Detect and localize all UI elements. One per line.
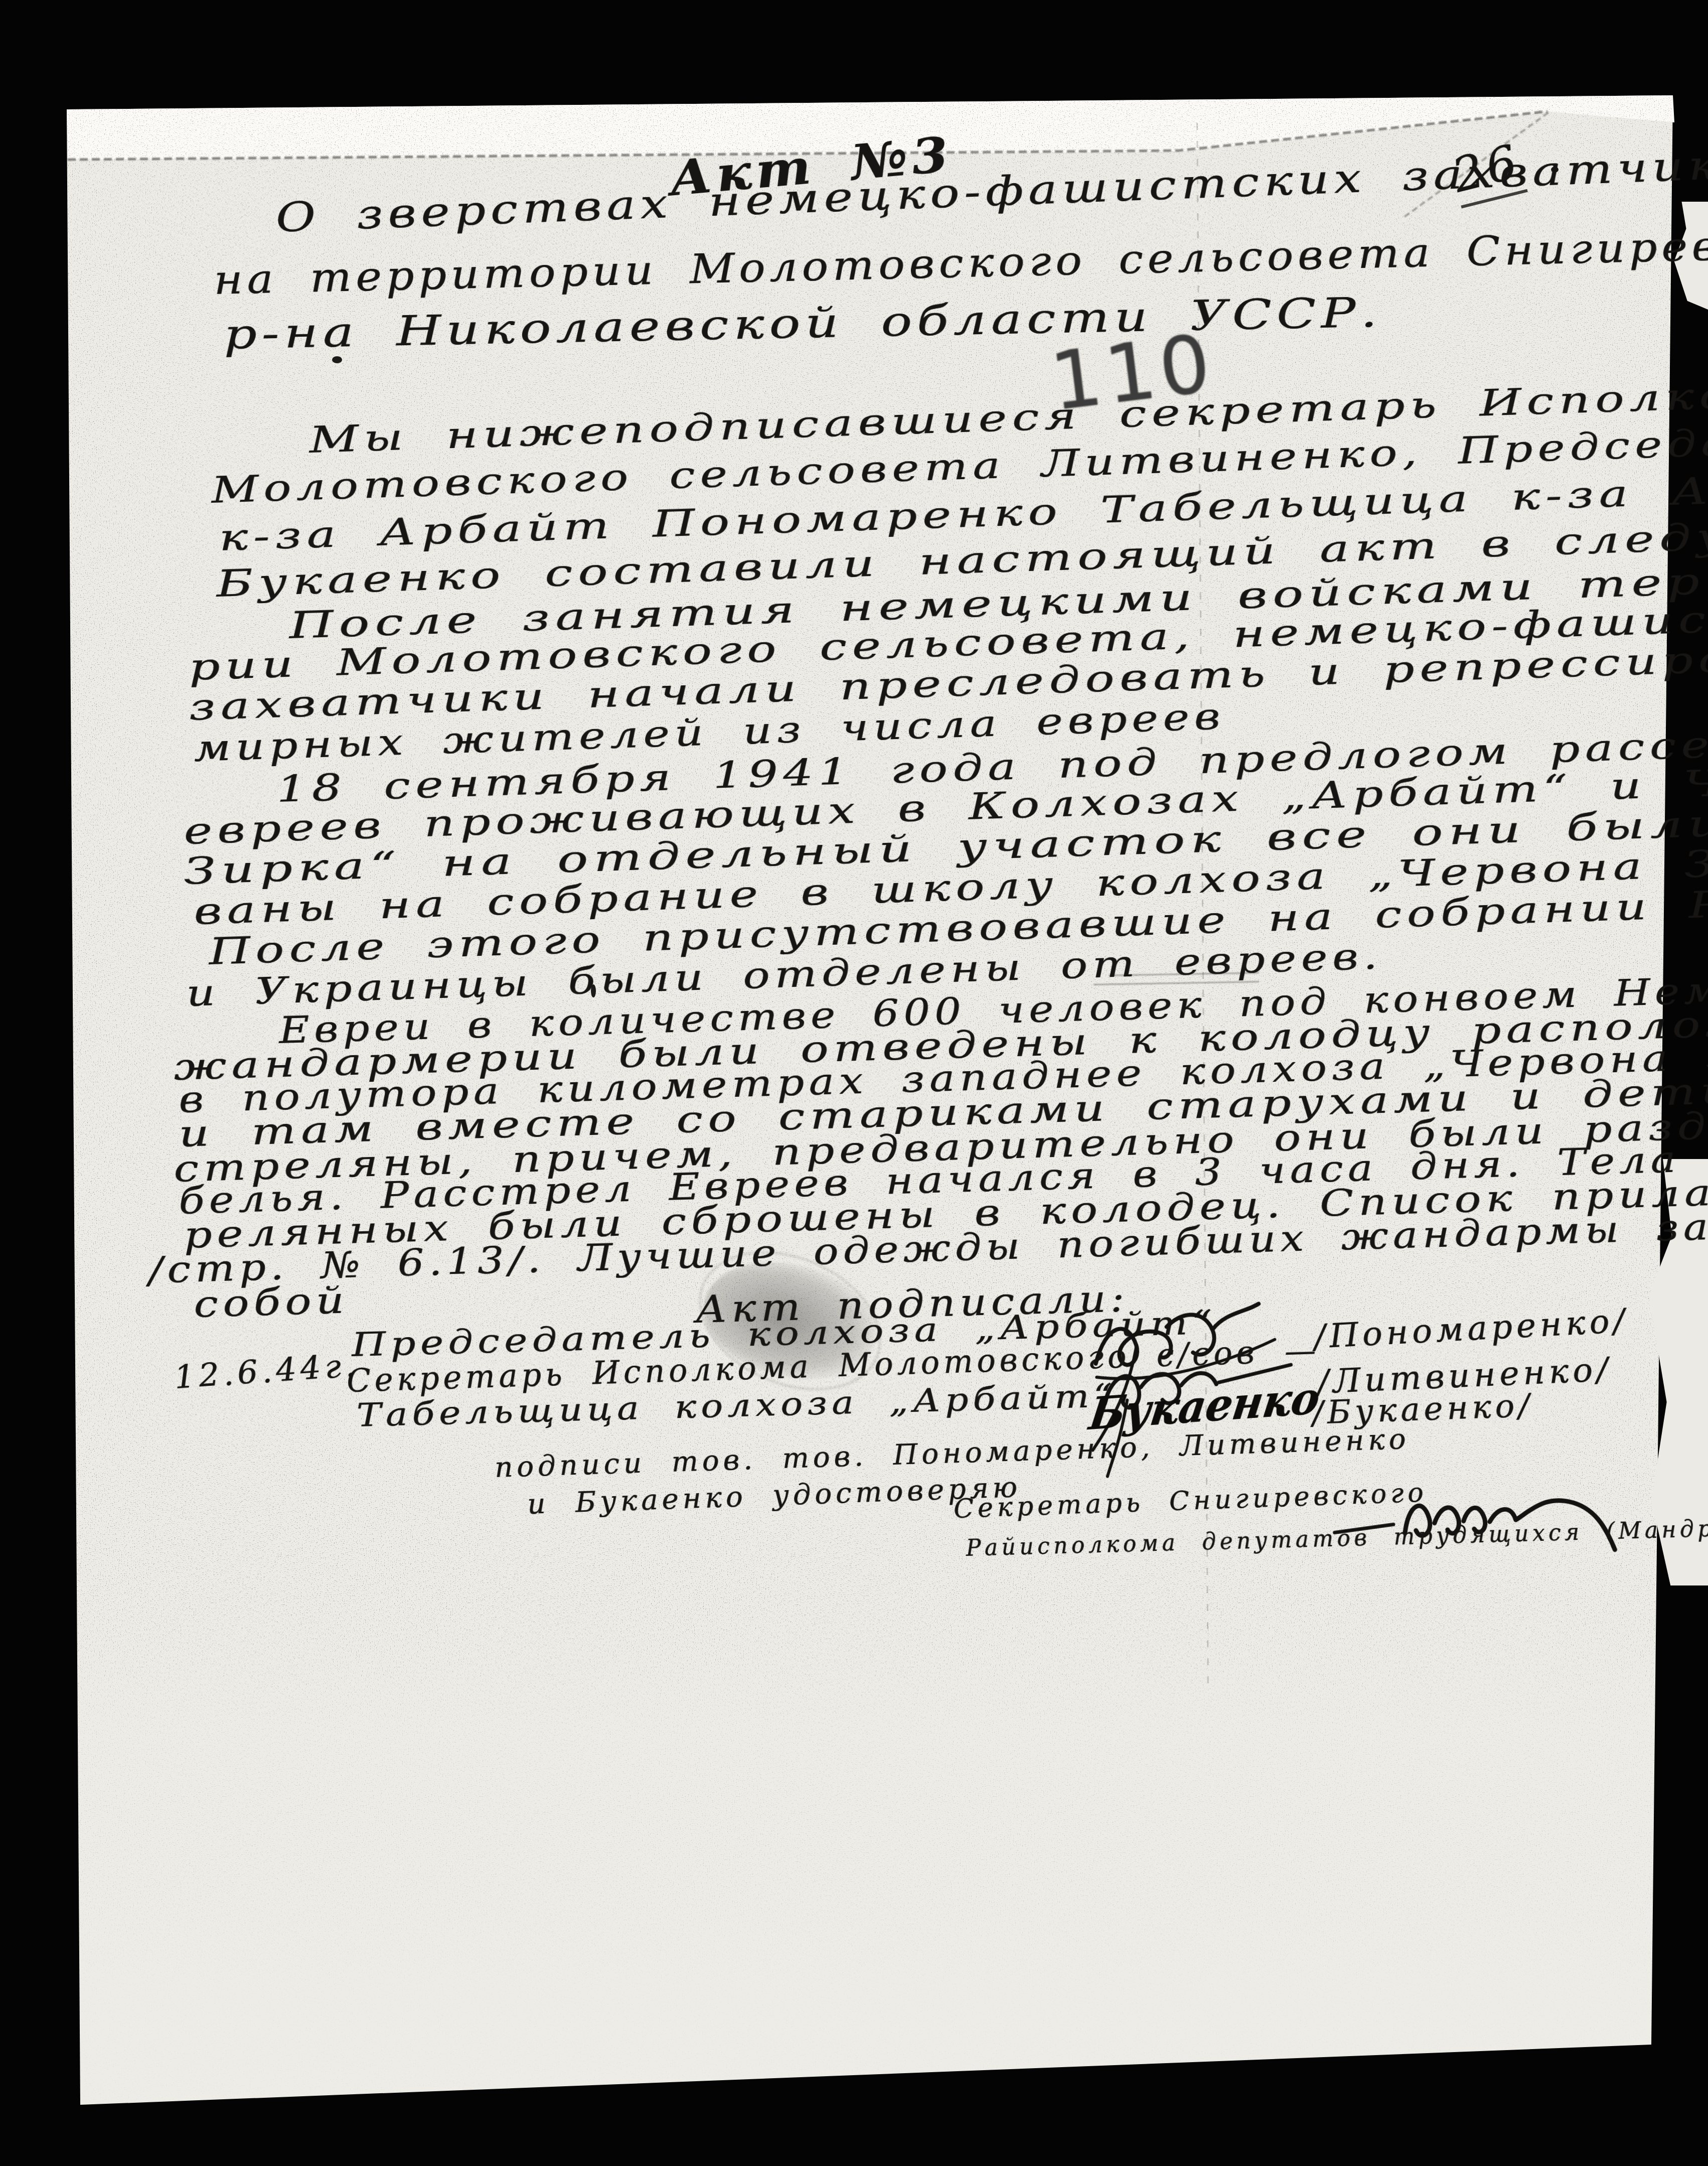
scanned-document-page: Акт №3 26 О зверствах немецко-фашистских…: [0, 0, 1708, 2166]
body-line: собой: [193, 1279, 349, 1326]
ink-speck: [332, 356, 342, 363]
